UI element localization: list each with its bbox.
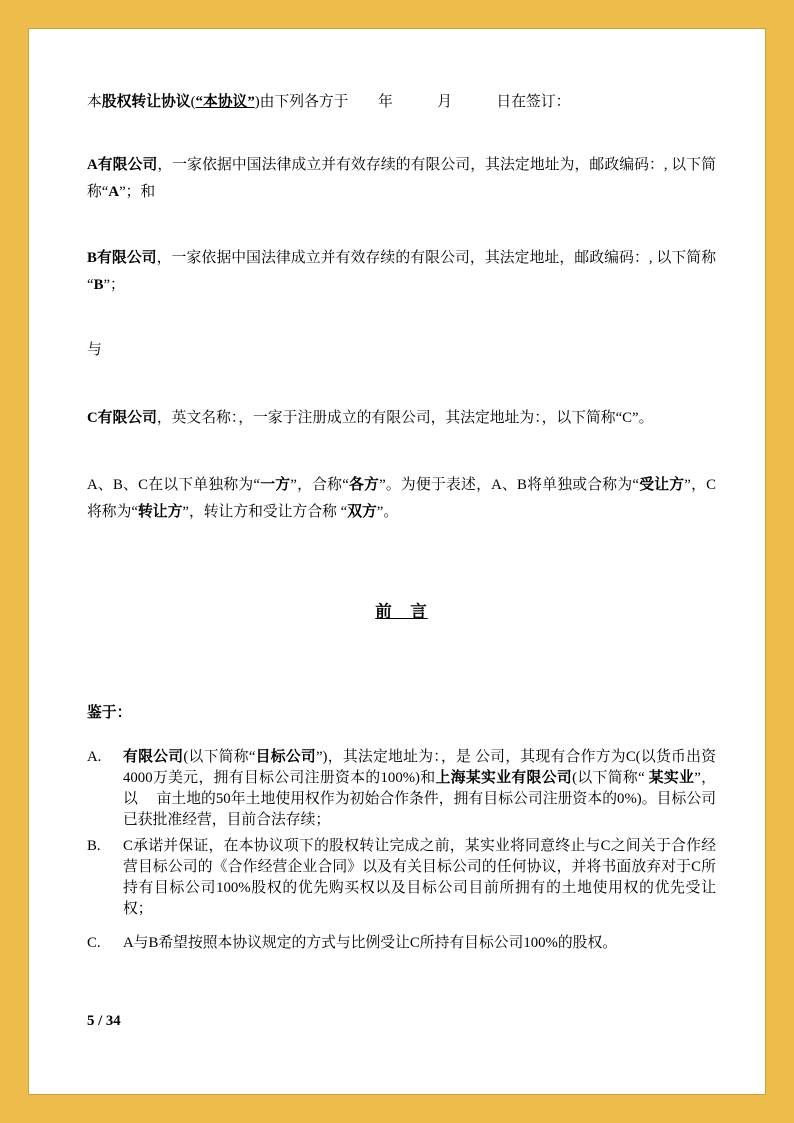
text-segment: 股权转让协议 (102, 94, 191, 110)
text-segment: ，英文名称：，一家于注册成立的有限公司，其法定地址为：，以下简称“C”。 (157, 410, 654, 426)
text-segment: C有限公司 (87, 410, 157, 426)
text-segment: A (108, 184, 119, 200)
text-segment: A、B、C在以下单独称为“ (87, 477, 260, 493)
whereas-label: 鉴于： (87, 700, 716, 727)
text-segment: A有限公司 (87, 157, 157, 173)
signing-line-paragraph: 本股权转让协议(“本协议”)由下列各方于 年 月 日在签订： (87, 89, 716, 116)
recital-label: A. (87, 747, 123, 831)
recital-item-c: C. A与B希望按照本协议规定的方式与比例受让C所持有目标公司100%的股权。 (87, 933, 716, 954)
text-segment: 受让方 (639, 477, 684, 493)
recital-text: C承诺并保证，在本协议项下的股权转让完成之前，某实业将同意终止与C之间关于合作经… (123, 836, 716, 920)
text-segment: C承诺并保证，在本协议项下的股权转让完成之前，某实业将同意终止与C之间关于合作经… (123, 838, 716, 917)
text-segment: ，一家依据中国法律成立并有效存续的有限公司，其法定地址，邮政编码：, 以下简称 … (87, 250, 716, 293)
text-segment: “本协议” (196, 94, 255, 110)
text-segment: ”；和 (119, 184, 155, 200)
text-segment: B (94, 277, 104, 293)
party-a-paragraph: A有限公司，一家依据中国法律成立并有效存续的有限公司，其法定地址为，邮政编码：,… (87, 152, 716, 206)
party-b-paragraph: B有限公司，一家依据中国法律成立并有效存续的有限公司，其法定地址，邮政编码：, … (87, 245, 716, 299)
text-segment: 某实业 (649, 770, 695, 786)
text-segment: A与B希望按照本协议规定的方式与比例受让C所持有目标公司100%的股权。 (123, 935, 617, 951)
text-segment: 有限公司 (123, 749, 183, 765)
document-page: 本股权转让协议(“本协议”)由下列各方于 年 月 日在签订： A有限公司，一家依… (28, 28, 766, 1095)
text-segment: )由下列各方于 年 月 日在签订： (255, 94, 571, 110)
text-segment: 上海某实业有限公司 (436, 770, 573, 786)
recital-item-a: A. 有限公司(以下简称“目标公司”)，其法定地址为：，是 公司，其现有合作方为… (87, 747, 716, 831)
text-segment: (以下简称“ (572, 770, 649, 786)
text-segment: ”； (103, 277, 124, 293)
text-segment: 双方 (347, 504, 377, 520)
preface-heading: 前 言 (87, 598, 716, 625)
recital-label: B. (87, 836, 123, 920)
text-segment: 本 (87, 94, 102, 110)
conjunction-paragraph: 与 (87, 337, 716, 364)
text-segment: ”，合称“ (290, 477, 348, 493)
recital-text: 有限公司(以下简称“目标公司”)，其法定地址为：，是 公司，其现有合作方为C(以… (123, 747, 716, 831)
text-segment: 目标公司 (255, 749, 316, 765)
recitals-list: A. 有限公司(以下简称“目标公司”)，其法定地址为：，是 公司，其现有合作方为… (87, 747, 716, 954)
recital-text: A与B希望按照本协议规定的方式与比例受让C所持有目标公司100%的股权。 (123, 933, 716, 954)
text-segment: ”。 (377, 504, 398, 520)
party-c-paragraph: C有限公司，英文名称：，一家于注册成立的有限公司，其法定地址为：，以下简称“C”… (87, 405, 716, 432)
definitions-paragraph: A、B、C在以下单独称为“一方”，合称“各方”。为便于表述，A、B将单独或合称为… (87, 472, 716, 526)
text-segment: (以下简称“ (183, 749, 255, 765)
text-segment: 转让方 (138, 504, 182, 520)
text-segment: B有限公司 (87, 250, 157, 266)
text-segment: ”。为便于表述，A、B将单独或合称为“ (379, 477, 639, 493)
recital-label: C. (87, 933, 123, 954)
text-segment: ，一家依据中国法律成立并有效存续的有限公司，其法定地址为，邮政编码：, 以下简称… (87, 157, 716, 200)
text-segment: ”，转让方和受让方合称 “ (182, 504, 347, 520)
text-segment: 各方 (349, 477, 379, 493)
recital-item-b: B. C承诺并保证，在本协议项下的股权转让完成之前，某实业将同意终止与C之间关于… (87, 836, 716, 920)
page-frame: 本股权转让协议(“本协议”)由下列各方于 年 月 日在签订： A有限公司，一家依… (0, 0, 794, 1123)
page-number: 5 / 34 (87, 1011, 121, 1032)
preface-heading-text: 前 言 (375, 602, 428, 621)
text-segment: 一方 (260, 477, 290, 493)
